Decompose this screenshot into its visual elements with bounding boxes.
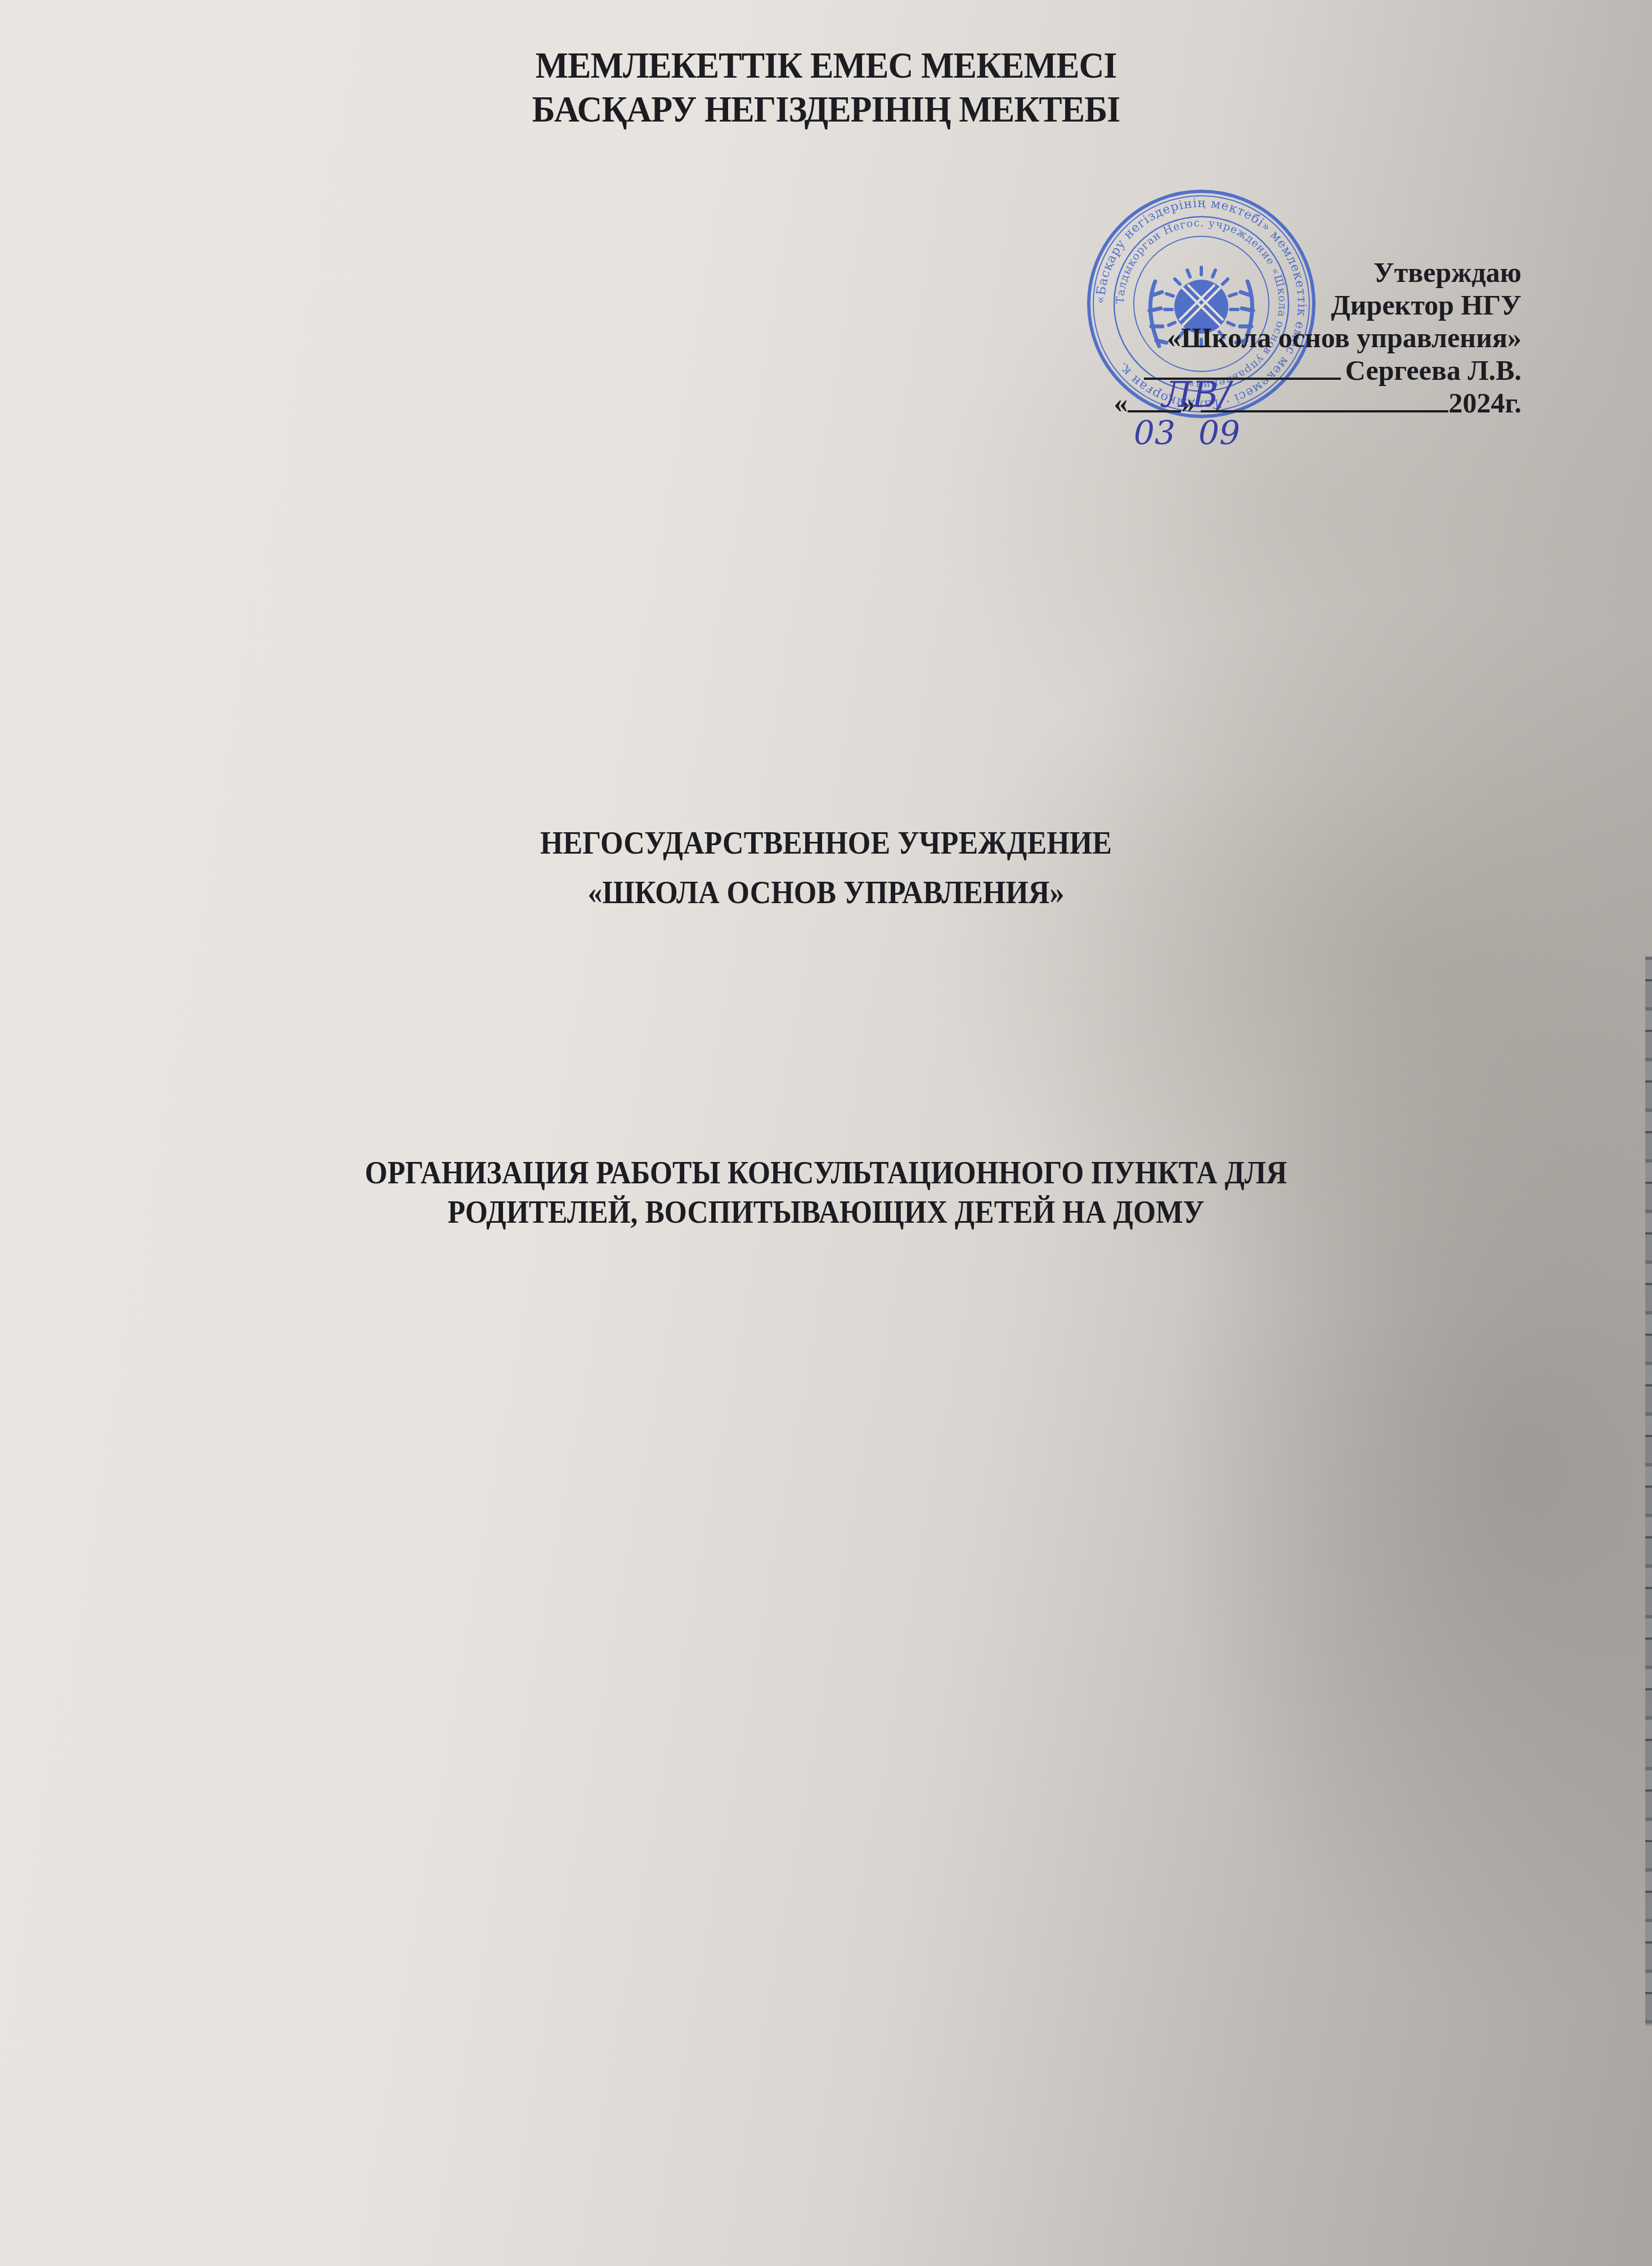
page-edge-underneath xyxy=(1645,957,1652,2026)
handwritten-date-month: 09 xyxy=(1198,414,1240,452)
date-open-quote: « xyxy=(1114,387,1128,419)
institution-name: НЕГОСУДАРСТВЕННОЕ УЧРЕЖДЕНИЕ «ШКОЛА ОСНО… xyxy=(58,819,1594,918)
document-title-line-1: ОРГАНИЗАЦИЯ РАБОТЫ КОНСУЛЬТАЦИОННОГО ПУН… xyxy=(66,1154,1586,1193)
header-line-1: МЕМЛЕКЕТТІК ЕМЕС МЕКЕМЕСІ xyxy=(50,44,1602,88)
institution-line-2: «ШКОЛА ОСНОВ УПРАВЛЕНИЯ» xyxy=(58,868,1594,918)
document-title: ОРГАНИЗАЦИЯ РАБОТЫ КОНСУЛЬТАЦИОННОГО ПУН… xyxy=(66,1154,1586,1232)
institution-line-1: НЕГОСУДАРСТВЕННОЕ УЧРЕЖДЕНИЕ xyxy=(58,819,1594,868)
handwritten-signature: ЛВ/ xyxy=(1162,374,1231,416)
handwritten-date-day: 03 xyxy=(1134,414,1175,452)
approval-heading: Утверждаю xyxy=(1114,256,1521,289)
signatory-name: Сергеева Л.В. xyxy=(1345,355,1521,386)
approval-organization: «Школа основ управления» xyxy=(1114,321,1521,354)
date-year: 2024г. xyxy=(1448,387,1521,419)
approval-position: Директор НГУ xyxy=(1114,289,1521,321)
header-line-2: БАСҚАРУ НЕГІЗДЕРІНІҢ МЕКТЕБІ xyxy=(50,88,1602,132)
document-title-line-2: РОДИТЕЛЕЙ, ВОСПИТЫВАЮЩИХ ДЕТЕЙ НА ДОМУ xyxy=(66,1193,1586,1232)
kazakh-header: МЕМЛЕКЕТТІК ЕМЕС МЕКЕМЕСІ БАСҚАРУ НЕГІЗД… xyxy=(50,44,1602,132)
date-month-line xyxy=(1201,388,1448,412)
